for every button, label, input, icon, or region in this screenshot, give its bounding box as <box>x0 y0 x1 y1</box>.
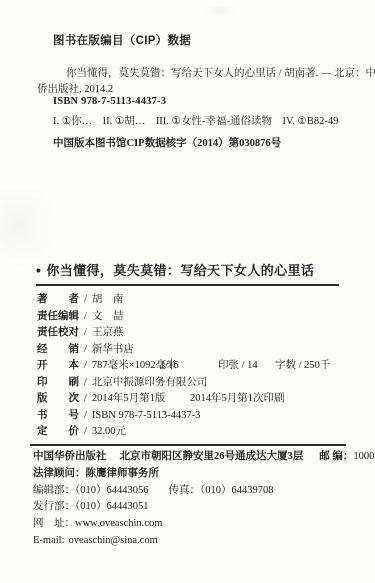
colophon-value: 新华书店 <box>92 344 134 355</box>
colophon-row-price: 定 价/32.00元 <box>37 424 359 441</box>
zip-label: 邮 编： <box>319 451 353 462</box>
distribution-label: 发行部： <box>33 501 75 512</box>
colophon-row-isbn: 书 号/ISBN 978-7-5113-4437-3 <box>37 408 359 425</box>
legal-firm: 陈鹰律师事务所 <box>86 468 160 479</box>
label-value-separator: / <box>84 393 87 404</box>
legal-counsel-line: 法律顾问：陈鹰律师事务所 <box>33 466 361 483</box>
editorial-phone-line: 编辑部：（010）64443056传真：（010）64439708 <box>33 483 361 500</box>
colophon-row-proofreader: 责任校对/王京燕 <box>37 325 359 342</box>
publisher-address-line: 中国华侨出版社北京市朝阳区静安里26号通成达大厦3层邮 编：100028 <box>33 449 361 466</box>
cip-entry-line-2: 侨出版社, 2014.2 <box>37 81 113 96</box>
colophon-section: 著 者/胡 南 责任编辑/文 喆 责任校对/王京燕 经 销/新华书店 开 本/7… <box>37 292 359 441</box>
email-label: E-mail: <box>33 535 65 546</box>
divider-rule-top <box>36 284 339 286</box>
label-value-separator: / <box>84 327 87 338</box>
format-fraction: 1/16 <box>160 358 179 375</box>
bullet-marker: • <box>36 262 41 278</box>
publisher-name: 中国华侨出版社 <box>33 451 107 462</box>
label-value-separator: / <box>84 344 87 355</box>
sheet-count: 印张 / 14 <box>218 358 258 375</box>
colophon-row-format: 开 本/787毫米×1092毫米 1/16 印张 / 14 字数 / 250千 <box>37 358 359 375</box>
book-copyright-page: 图书在版编目（CIP）数据 你当懂得，莫失莫错：写给天下女人的心里话 / 胡南著… <box>0 0 375 583</box>
publisher-contact-section: 中国华侨出版社北京市朝阳区静安里26号通成达大厦3层邮 编：100028 法律顾… <box>33 449 361 550</box>
colophon-value: 32.00元 <box>92 426 126 437</box>
colophon-value: 2014年5月第1版 <box>92 393 166 404</box>
email-address: oveaschin@sina.com <box>69 535 158 546</box>
label-value-separator: / <box>84 360 87 371</box>
fax-label: 传真： <box>169 485 201 496</box>
cip-isbn: ISBN 978-7-5113-4437-3 <box>53 96 166 107</box>
word-count: 字数 / 250千 <box>275 358 330 375</box>
colophon-row-edition: 版 次/2014年5月第1版 2014年5月第1次印刷 <box>37 391 359 408</box>
zip-code: 100028 <box>353 451 375 462</box>
website-label: 网 址： <box>33 518 75 529</box>
colophon-row-author: 著 者/胡 南 <box>37 292 359 309</box>
label-value-separator: / <box>84 294 87 305</box>
label-value-separator: / <box>84 377 87 388</box>
cip-classification: I. ①你… II. ①胡… III. ①女性-幸福-通俗读物 IV. ①B82… <box>53 113 338 128</box>
distribution-phone: （010）64443051 <box>75 501 149 512</box>
colophon-value: 北京中振源印务有限公司 <box>92 377 208 388</box>
printing-info: 2014年5月第1次印刷 <box>190 391 285 408</box>
colophon-label: 印 刷 <box>37 375 80 392</box>
colophon-row-distributor: 经 销/新华书店 <box>37 342 359 359</box>
label-value-separator: / <box>84 426 87 437</box>
email-line: E-mail:oveaschin@sina.com <box>33 533 361 550</box>
colophon-row-editor: 责任编辑/文 喆 <box>37 309 359 326</box>
book-title-bar: •你当懂得，莫失莫错：写给天下女人的心里话 <box>36 260 314 279</box>
colophon-label: 书 号 <box>37 408 80 425</box>
publisher-address: 北京市朝阳区静安里26号通成达大厦3层 <box>120 451 304 462</box>
distribution-phone-line: 发行部：（010）64443051 <box>33 499 361 516</box>
colophon-row-printer: 印 刷/北京中振源印务有限公司 <box>37 375 359 392</box>
divider-rule-bottom <box>30 444 346 446</box>
scan-smudge-artifact <box>0 180 60 270</box>
cip-entry-line-1: 你当懂得，莫失莫错：写给天下女人的心里话 / 胡南著. — 北京：中国华 <box>66 65 375 80</box>
cip-heading: 图书在版编目（CIP）数据 <box>53 32 191 48</box>
colophon-label: 著 者 <box>37 292 80 309</box>
colophon-label: 经 销 <box>37 342 80 359</box>
colophon-label: 版 次 <box>37 391 80 408</box>
book-title: 你当懂得，莫失莫错：写给天下女人的心里话 <box>46 263 314 278</box>
colophon-label: 责任编辑 <box>37 309 80 326</box>
colophon-value: 王京燕 <box>92 327 124 338</box>
fax-phone: （010）64439708 <box>200 485 274 496</box>
website-url: www.oveaschin.com <box>75 518 162 529</box>
colophon-value: ISBN 978-7-5113-4437-3 <box>92 410 200 421</box>
label-value-separator: / <box>84 410 87 421</box>
editorial-phone: （010）64443056 <box>75 485 149 496</box>
colophon-value: 胡 南 <box>92 294 124 305</box>
legal-label: 法律顾问： <box>33 468 86 479</box>
colophon-label: 定 价 <box>37 424 80 441</box>
scan-smudge-artifact <box>200 4 240 18</box>
colophon-label: 开 本 <box>37 358 80 375</box>
cip-record-number: 中国版本图书馆CIP数据核字（2014）第030876号 <box>53 135 281 150</box>
colophon-value: 文 喆 <box>92 311 124 322</box>
website-line: 网 址：www.oveaschin.com <box>33 516 361 533</box>
editorial-label: 编辑部： <box>33 485 75 496</box>
colophon-label: 责任校对 <box>37 325 80 342</box>
label-value-separator: / <box>84 311 87 322</box>
